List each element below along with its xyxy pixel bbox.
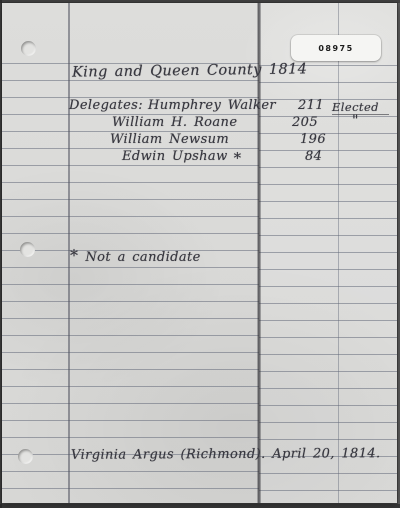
punch-hole-bottom	[18, 449, 33, 464]
scan-edge-bottom	[0, 504, 400, 508]
catalog-number-sticker: 08975	[291, 35, 381, 61]
scan-edge-top	[0, 0, 400, 3]
source-citation: Virginia Argus (Richmond). April 20, 181…	[71, 446, 381, 463]
delegate-name: William Newsum	[110, 132, 229, 147]
page-title: King and Queen County 1814	[72, 61, 308, 80]
footnote: *Not a candidate	[70, 246, 201, 265]
delegate-name: Edwin Upshaw*	[122, 149, 228, 164]
vote-count: 211	[298, 98, 324, 113]
secondary-vertical-rule	[338, 3, 339, 503]
election-result-ditto: "	[352, 113, 359, 129]
vote-count: 205	[292, 115, 318, 130]
scanned-document: 08975 King and Queen County 1814 Delegat…	[0, 0, 400, 508]
catalog-number: 08975	[318, 44, 353, 53]
delegate-name: William H. Roane	[112, 115, 237, 130]
scan-edge-left	[0, 0, 2, 508]
notebook-paper: 08975 King and Queen County 1814 Delegat…	[2, 3, 397, 503]
footnote-text: Not a candidate	[85, 250, 200, 265]
footnote-marker: *	[70, 246, 85, 265]
punch-hole-middle	[20, 242, 35, 257]
delegate-name: Humphrey Walker	[148, 98, 276, 113]
punch-hole-top	[21, 41, 36, 56]
delegates-label: Delegates:	[69, 98, 143, 113]
vote-count: 196	[300, 132, 326, 147]
vote-count: 84	[305, 149, 322, 164]
delegate-name-text: Edwin Upshaw	[122, 149, 228, 164]
election-result: Elected	[332, 100, 389, 115]
footnote-asterisk-marker: *	[228, 149, 242, 167]
ruled-lines-right	[259, 49, 397, 497]
